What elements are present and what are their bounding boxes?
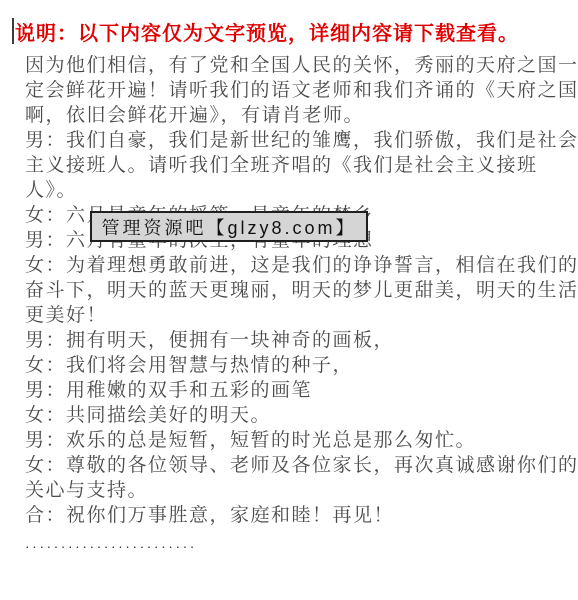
document-preview-page: 说明：以下内容仅为文字预览，详细内容请下载查看。 因为他们相信，有了党和全国人民… [0,0,578,600]
text-line: 男：拥有明天，便拥有一块神奇的画板， [25,328,570,353]
text-line: 啊，依旧会鲜花开遍》，有请肖老师。 [25,103,570,128]
ellipsis-line: ························ [25,536,570,556]
text-line: 更美好！ [25,303,570,328]
text-line: 男：用稚嫩的双手和五彩的画笔 [25,378,570,403]
text-caret [12,18,14,44]
text-line: 女：为着理想勇敢前进，这是我们的诤诤誓言，相信在我们的 [25,253,570,278]
text-line: 主义接班人。请听我们全班齐唱的《我们是社会主义接班 [25,153,570,178]
text-line: 定会鲜花开遍！请听我们的语文老师和我们齐诵的《天府之国 [25,78,570,103]
text-line: 男：欢乐的总是短暂，短暂的时光总是那么匆忙。 [25,428,570,453]
document-body: 因为他们相信，有了党和全国人民的关怀，秀丽的天府之国一 定会鲜花开遍！请听我们的… [25,53,570,556]
preview-notice: 说明：以下内容仅为文字预览，详细内容请下载查看。 [15,17,519,46]
text-line: 人》。 [25,178,570,203]
text-line: 男：我们自豪，我们是新世纪的雏鹰，我们骄傲，我们是社会 [25,128,570,153]
text-line: 合：祝你们万事胜意，家庭和睦！再见！ [25,503,570,528]
text-line: 奋斗下，明天的蓝天更瑰丽，明天的梦儿更甜美，明天的生活 [25,278,570,303]
watermark-text: 管理资源吧【glzy8.com】 [101,214,356,240]
text-line: 因为他们相信，有了党和全国人民的关怀，秀丽的天府之国一 [25,53,570,78]
watermark-badge: 管理资源吧【glzy8.com】 [90,211,368,242]
text-line: 关心与支持。 [25,478,570,503]
text-line: 女：尊敬的各位领导、老师及各位家长，再次真诚感谢你们的 [25,453,570,478]
text-line: 女：共同描绘美好的明天。 [25,403,570,428]
text-line: 女：我们将会用智慧与热情的种子， [25,353,570,378]
